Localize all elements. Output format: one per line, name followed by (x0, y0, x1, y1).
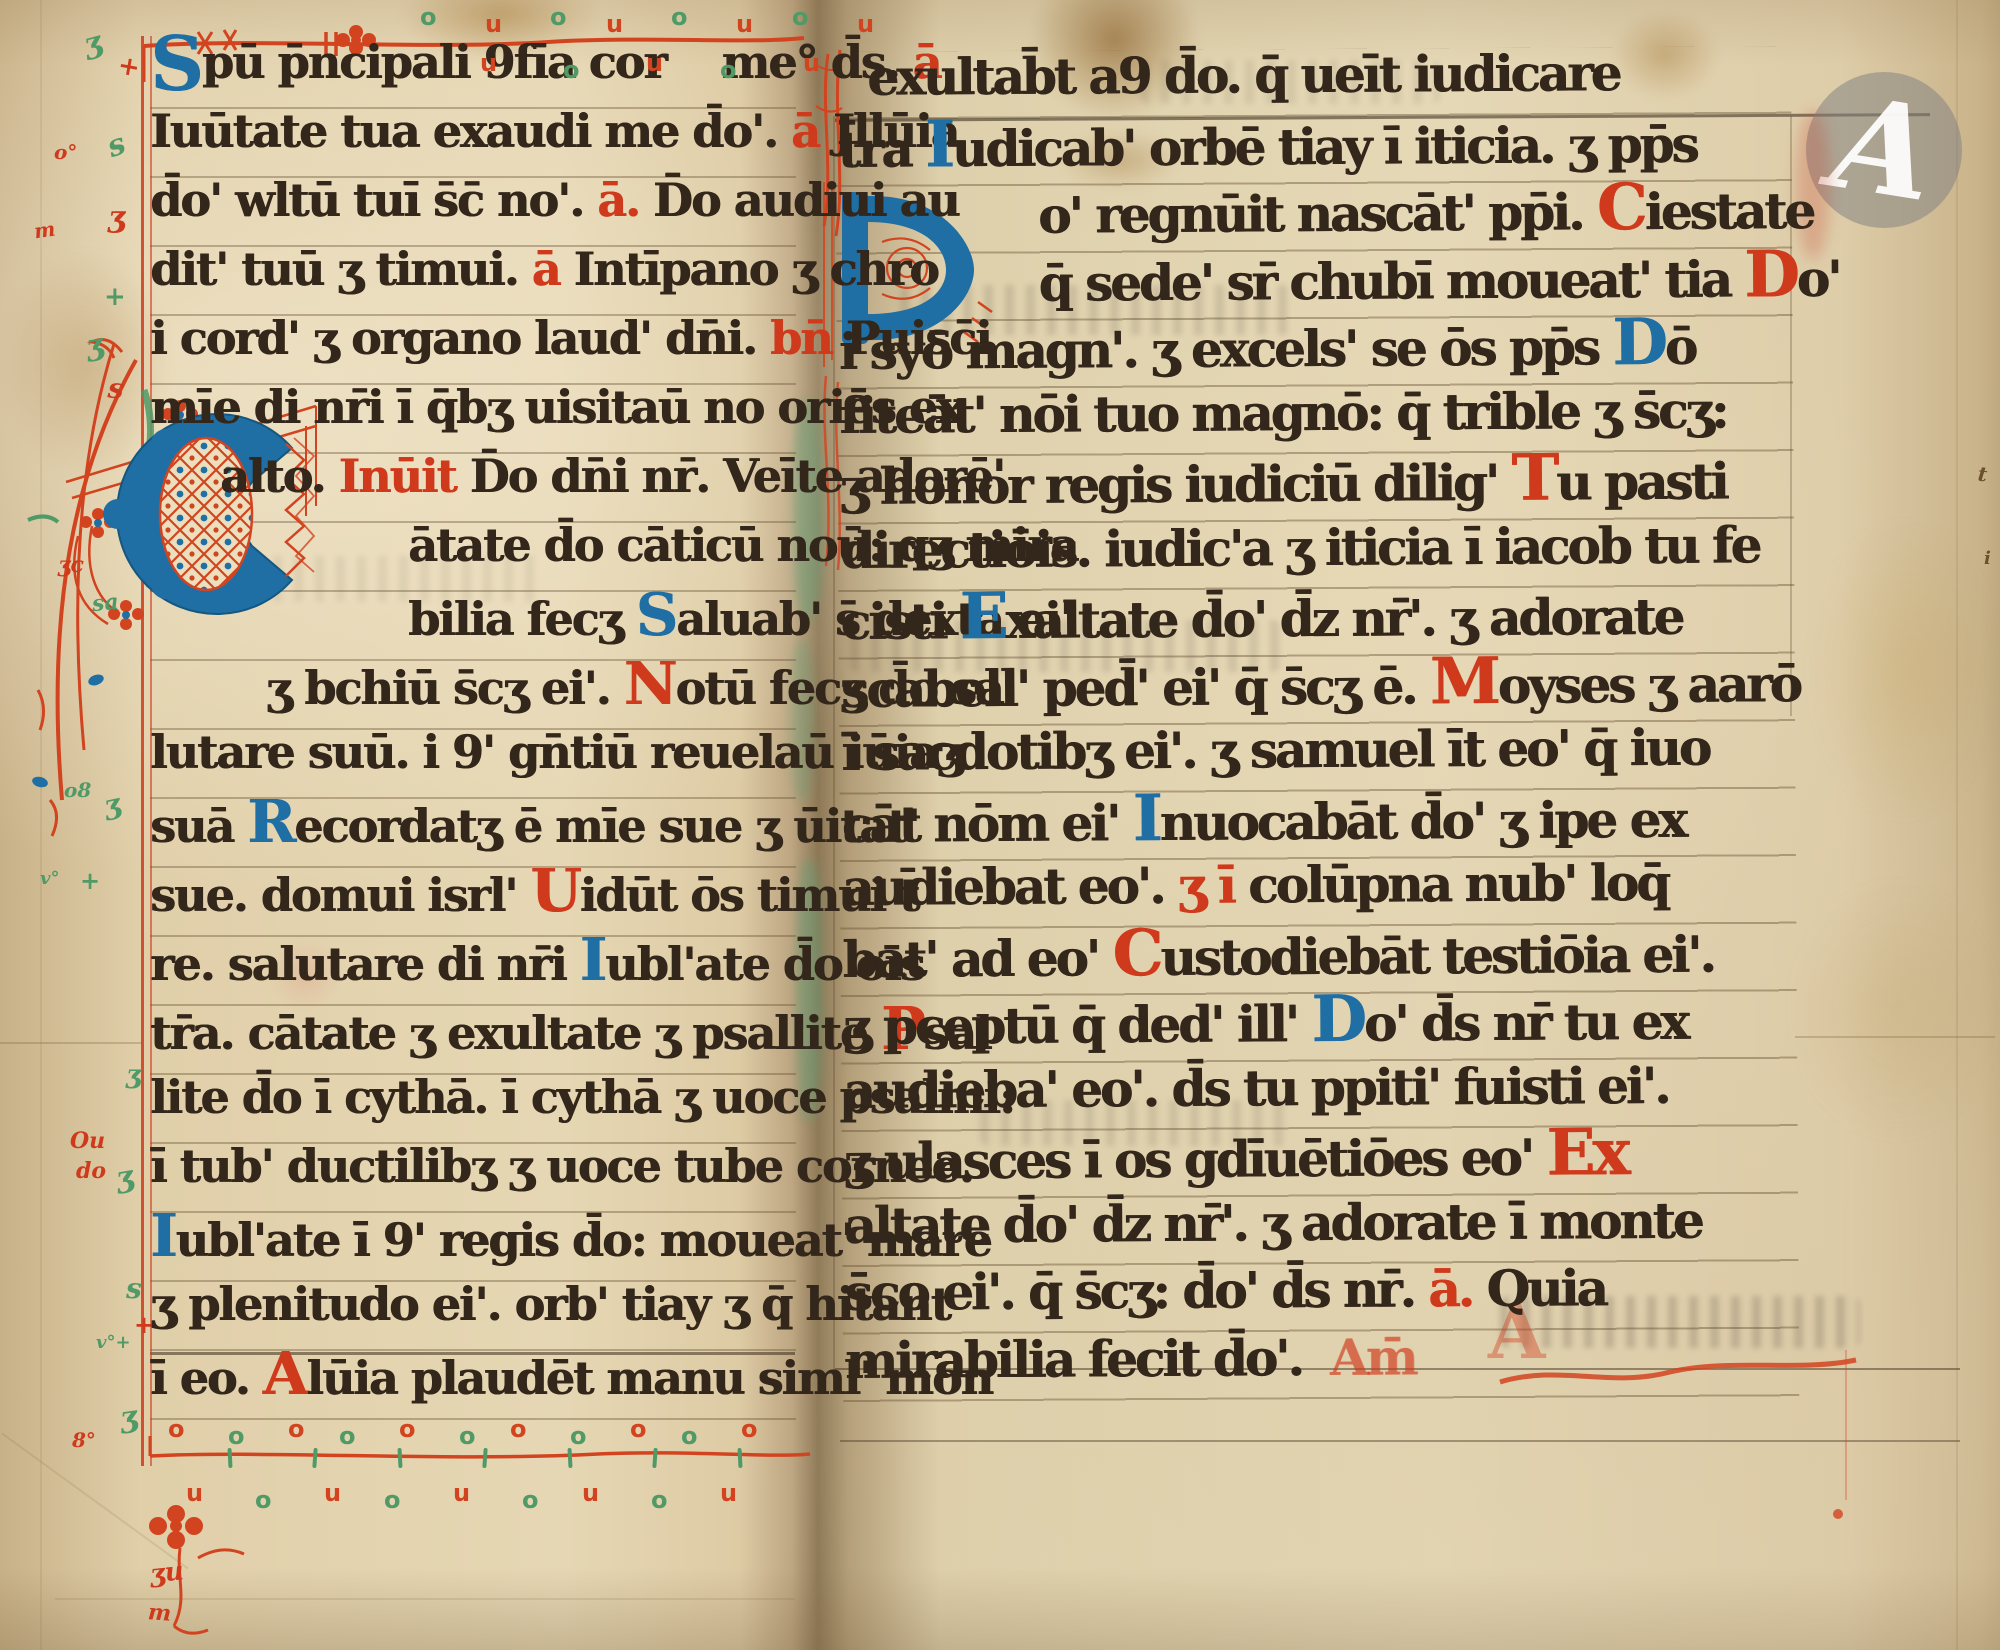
pen-trial-mark: ʒ (108, 200, 125, 235)
colored-initial: Ex (1546, 1115, 1627, 1190)
colored-initial: C (1112, 916, 1160, 991)
text-line: i syō magn'. ʒ excels' se ōs pp̄s Dō (839, 308, 1840, 382)
text-line: audieba' eo'. d̄s tu ppiti' fuisti ei'. (843, 1050, 1844, 1124)
colored-initial: R (247, 787, 294, 856)
text-run: bat' ad eo' (842, 928, 1112, 989)
text-run: i cord' ʒ organo laud' dn̄i. (150, 311, 770, 365)
parchment-crease (1, 1433, 188, 1570)
text-run: Iuūtate tua exaudi me d̄o'. (150, 104, 791, 158)
border-dot: o (792, 3, 809, 31)
pen-trial-mark: + (80, 866, 100, 895)
text-run: Am̄ (1330, 1327, 1416, 1387)
text-line: fiteāt' nōi tuo magnō: q̄ trible ʒ s̄cʒ: (839, 375, 1840, 449)
text-run: scabell' ped̄' ei' q̄ s̄cʒ ē. (841, 656, 1430, 719)
green-tick (227, 1448, 232, 1468)
colored-initial: I (150, 1201, 176, 1270)
text-line: s̄co ei'. q̄ s̄cʒ: d̄o' d̄s nr̄. ā. Quia (844, 1253, 1845, 1327)
green-tick (312, 1448, 317, 1468)
green-tick (652, 1448, 657, 1468)
colored-initial: S (636, 580, 677, 649)
pen-trial-mark: ʒ (80, 24, 106, 62)
corner-flourish (118, 1498, 298, 1648)
colored-initial: I (925, 107, 952, 182)
text-run: i syō magn'. ʒ excels' se ōs pp̄s (839, 317, 1613, 381)
text-run: ʒ ī (1178, 856, 1249, 915)
border-dot: o (681, 1422, 698, 1450)
border-dot: u (720, 1479, 737, 1507)
border-dot: o (420, 3, 437, 31)
pen-trial-mark: sa (91, 589, 120, 617)
pen-trial-mark: s (107, 371, 126, 405)
pen-trial-mark: v° (40, 868, 59, 889)
text-line: q̄ sede' sr̄ chubī moueat' tia Do' (838, 240, 1839, 314)
text-run: udicab' orbē tiay ī iticia. ʒ pp̄s (952, 114, 1697, 178)
pen-trial-mark: s (126, 1272, 142, 1305)
text-run: re. salutare di nr̄i (150, 937, 580, 991)
text-line: cisti Exaltate d̄o' d̄z nr̄'. ʒ adorate (840, 578, 1841, 652)
border-dot: u (186, 1479, 203, 1507)
text-run: ā (791, 104, 833, 158)
dark-ruling-line (840, 1440, 1960, 1442)
text-run: ustodiebāt testiōia ei'. (1160, 924, 1714, 986)
text-run: ʒ bchiū s̄cʒ ei'. (266, 661, 624, 715)
page-edge-line (1956, 0, 1958, 1650)
text-run: fiteāt' nōi tuo magnō: q̄ trible ʒ s̄cʒ: (839, 380, 1726, 444)
border-dot: o (630, 1415, 647, 1443)
text-line: scabell' ped̄' ei' q̄ s̄cʒ ē. Moyses ʒ a… (841, 645, 1842, 719)
text-run: suā (150, 799, 247, 853)
text-run: altate d̄o' d̄z nr̄'. ʒ adorate ī monte (844, 1190, 1702, 1254)
border-dot: o (339, 1422, 356, 1450)
border-dot: o (651, 1486, 668, 1514)
text-run: ā (532, 242, 574, 296)
text-run: ī eo. (150, 1351, 263, 1405)
text-run: o' regnūit nascāt' pp̄i. (1038, 182, 1597, 244)
right-page-text-block: exultab̄t a9 d̄o. q̄ ueīt iudicaret̄ra I… (837, 38, 1846, 1394)
text-run: audieba' eo'. d̄s tu ppiti' fuisti ei'. (843, 1055, 1668, 1119)
text-run: Inūit (338, 449, 469, 503)
colored-initial: I (580, 925, 606, 994)
border-dot: u (324, 1479, 341, 1507)
colored-initial: U (530, 856, 579, 925)
pen-trial-mark: do (76, 1158, 106, 1184)
colored-initial: D (1311, 982, 1364, 1057)
border-dot: o (671, 3, 688, 31)
pen-trial-mark: s (103, 126, 131, 165)
text-run: s̄co ei'. q̄ s̄cʒ: d̄o' d̄s nr̄. (844, 1259, 1428, 1322)
text-run: ʒ plenitudo ei'. orb' tiay ʒ q̄ hitant (150, 1277, 950, 1331)
border-dot: u (453, 1479, 470, 1507)
border-dot: o (510, 1415, 527, 1443)
border-dot: u (582, 1479, 599, 1507)
border-dot: o (522, 1486, 539, 1514)
pen-trial-mark: m (32, 217, 56, 244)
pen-trial-mark: 8° (72, 1428, 96, 1452)
text-run: exultab̄t a9 d̄o. q̄ ueīt iudicare (867, 43, 1619, 107)
colored-initial: T (1511, 441, 1556, 516)
text-run: t̄ra (837, 119, 925, 179)
pen-trial-mark: ʒ (83, 327, 106, 364)
text-line: cāt nōm ei' Inuocabāt d̄o' ʒ ipe ex (842, 780, 1843, 854)
colored-initial: I (1132, 781, 1159, 856)
text-line: audiebat eo'. ʒ ī colūpna nub' loq̄ (842, 848, 1843, 922)
text-run: bilia fecʒ (408, 592, 636, 646)
colored-initial: N (624, 649, 676, 718)
text-run: ecordatʒ ē mīe sue ʒ ūitat' (294, 799, 918, 853)
text-run: ā. (1428, 1259, 1487, 1318)
pen-trial-mark: m (147, 1599, 172, 1627)
page-edge-line (40, 0, 42, 1650)
text-run: directiōis. iudic'a ʒ iticia ī iacob tu … (840, 515, 1759, 580)
pen-trial-mark: + (116, 50, 143, 83)
text-line: mirabilia fecit d̄o'.Am̄ (845, 1320, 1846, 1394)
text-run: mirabilia fecit d̄o'. (845, 1328, 1302, 1390)
border-dot: o (741, 1415, 758, 1443)
text-run: lutare suū. i 9' gn̄tiū reuelaū iūiaʒ (150, 725, 961, 779)
text-run: d̄o' wltū tuī s̄c̄ no'. (150, 173, 597, 227)
parchment-stain (0, 250, 170, 480)
text-line: ʒ pceptū q̄ ded' ill' Do' d̄s nr̄ tu ex (843, 983, 1844, 1057)
red-margin-rule (141, 36, 144, 1466)
colored-initial: M (1430, 643, 1498, 718)
colored-initial: E (959, 579, 1005, 654)
pen-trial-mark: + (104, 282, 126, 312)
text-run: audiebat eo'. (842, 856, 1178, 917)
pen-trial-mark: i (1984, 548, 1991, 569)
text-run: xaltate d̄o' d̄z nr̄'. ʒ adorate (1005, 587, 1682, 650)
text-run: oyses ʒ aarō (1497, 654, 1800, 715)
border-dot: o (288, 1415, 305, 1443)
text-run: u pasti (1556, 452, 1727, 512)
text-line: altate d̄o' d̄z nr̄'. ʒ adorate ī monte (844, 1185, 1845, 1259)
border-dot: o (228, 1422, 245, 1450)
green-tick (567, 1448, 572, 1468)
text-run: ʒ honor regis iudiciū dilig' (840, 453, 1512, 516)
border-dot: o (550, 3, 567, 31)
text-run: iestate (1644, 181, 1813, 241)
text-line: exultab̄t a9 d̄o. q̄ ueīt iudicare (837, 38, 1838, 112)
text-line: directiōis. iudic'a ʒ iticia ī iacob tu … (840, 510, 1841, 584)
bottom-border-ornament (128, 1436, 818, 1496)
red-flower (108, 600, 144, 630)
text-run: ʒ pceptū q̄ ded' ill' (843, 994, 1312, 1056)
pen-trial-mark: ʒ (101, 787, 123, 823)
colored-initial: S (150, 20, 202, 108)
pen-trial-mark: ʒc (58, 552, 84, 578)
pen-trial-mark: ʒu (149, 1556, 186, 1589)
text-run: colūpna nub' loq̄ (1248, 853, 1668, 915)
border-dot: o (459, 1422, 476, 1450)
colored-initial: A (263, 1339, 307, 1408)
text-run: alto. (220, 449, 338, 503)
pen-trial-mark: v°+ (96, 1332, 131, 1353)
border-dot: o (255, 1486, 272, 1514)
text-run: pū p̄ncipali 9fīa cor (202, 35, 666, 89)
text-run: cisti (840, 591, 959, 651)
text-run: o' d̄s nr̄ tu ex (1364, 992, 1688, 1053)
text-run: dit' tuū ʒ timui. (150, 242, 532, 296)
green-tick (737, 1448, 742, 1468)
text-line: o' regnūit nascāt' pp̄i. Ciestate (838, 173, 1839, 247)
pen-trial-mark: t (1977, 462, 1989, 487)
border-dot: o (168, 1415, 185, 1443)
text-run: ʒ ulasces ī os gdīuētiōes eo' (844, 1128, 1547, 1191)
pen-trial-mark: ʒ (118, 1399, 140, 1436)
page-edge-line (55, 1598, 795, 1600)
pen-trial-mark: Ou (70, 1128, 105, 1154)
colored-initial: C (1596, 170, 1644, 245)
text-run: ō (1665, 317, 1696, 376)
green-tick (397, 1448, 402, 1468)
text-line: t̄ra Iudicab' orbē tiay ī iticia. ʒ pp̄s (837, 105, 1838, 179)
text-run: tr̄a. cātate ʒ exultate ʒ psallite (150, 1006, 881, 1060)
green-tick (482, 1448, 487, 1468)
text-line: ʒ honor regis iudiciū dilig' Tu pasti (839, 443, 1840, 517)
pen-trial-mark: ʒ (126, 1060, 141, 1090)
text-run: sue. domui isrl' (150, 868, 530, 922)
watermark-letter: A (1823, 72, 1962, 228)
text-line: ī sacdotibʒ ei'. ʒ samuel īt eo' q̄ iuo (841, 713, 1842, 787)
initial-c-margin-tails (4, 330, 164, 870)
text-line: bat' ad eo' Custodiebāt testiōia ei'. (842, 915, 1843, 989)
text-run: q̄ sede' sr̄ chubī moueat' tia (1038, 249, 1744, 312)
parchment-crease (0, 1042, 142, 1044)
red-flower (80, 508, 116, 538)
text-run: o' (1797, 248, 1840, 307)
border-dot: o (399, 1415, 416, 1443)
text-run: ī sacdotibʒ ei'. ʒ samuel īt eo' q̄ iuo (841, 718, 1709, 782)
colored-initial: D (1612, 305, 1665, 380)
border-dot: o (384, 1486, 401, 1514)
text-line: ʒ ulasces ī os gdīuētiōes eo' Ex (844, 1118, 1845, 1192)
text-run: bn̄ (770, 311, 846, 365)
text-run: ā. (597, 173, 653, 227)
manuscript-photo: A A Spū p̄ncipali 9fīa corme° d̄s. āIuūt… (0, 0, 2000, 1650)
text-run: nuocabāt d̄o' ʒ ipe ex (1159, 789, 1685, 851)
pen-trial-mark: o8 (64, 778, 91, 802)
pen-trial-mark: ʒ (113, 1159, 136, 1196)
border-dot: o (570, 1422, 587, 1450)
pen-trial-mark: o° (54, 140, 77, 164)
colored-initial: D (1744, 237, 1797, 312)
text-run: cāt nōm ei' (842, 793, 1133, 854)
text-run: Quia (1486, 1258, 1606, 1318)
